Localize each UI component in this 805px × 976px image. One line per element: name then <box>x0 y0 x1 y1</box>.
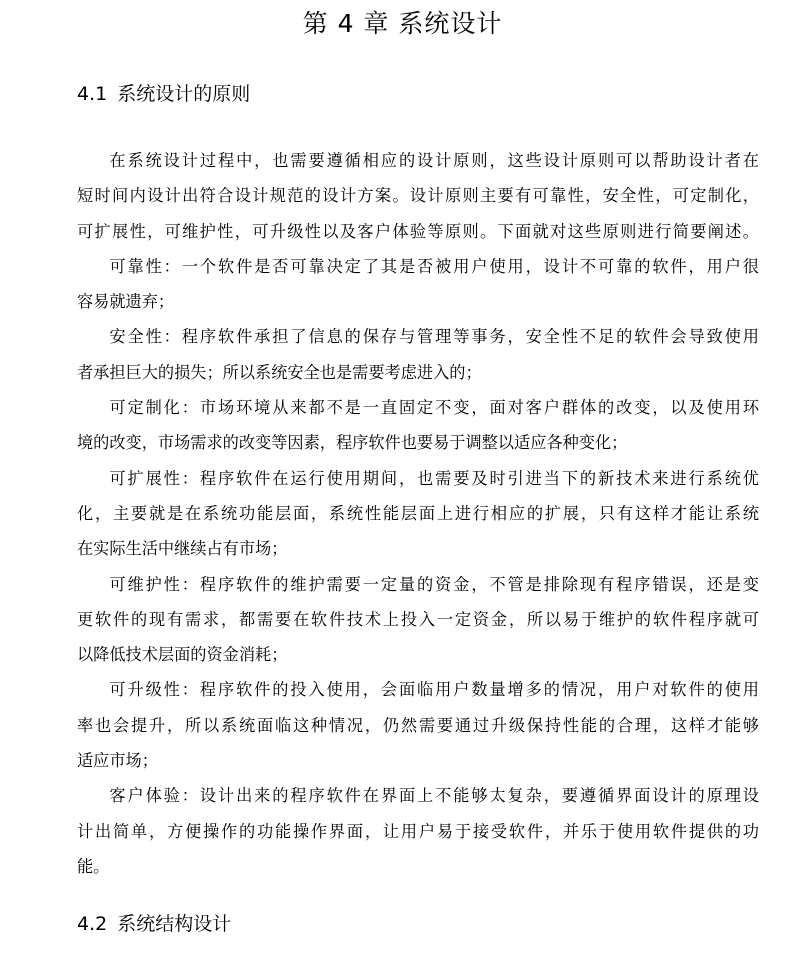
text-line: 适应市场； <box>77 743 759 778</box>
text-line: 境的改变，市场需求的改变等因素，程序软件也要易于调整以适应各种变化； <box>77 425 759 460</box>
text-line: 可维护性：程序软件的维护需要一定量的资金，不管是排除现有程序错误，还是变 <box>77 567 759 602</box>
paragraph-customizability: 可定制化：市场环境从来都不是一直固定不变，面对客户群体的改变，以及使用环 境的改… <box>77 390 759 461</box>
text-line: 在系统设计过程中，也需要遵循相应的设计原则，这些设计原则可以帮助设计者在 <box>77 143 759 178</box>
section-number: 4.2 <box>77 913 107 935</box>
text-line: 化，主要就是在系统功能层面，系统性能层面上进行相应的扩展，只有这样才能让系统 <box>77 496 759 531</box>
section-number: 4.1 <box>77 83 107 105</box>
section-title-text: 系统结构设计 <box>117 913 231 935</box>
text-line: 可靠性：一个软件是否可靠决定了其是否被用户使用，设计不可靠的软件，用户很 <box>77 249 759 284</box>
paragraph-user-experience: 客户体验：设计出来的程序软件在界面上不能够太复杂，要遵循界面设计的原理设 计出简… <box>77 778 759 884</box>
text-line: 更软件的现有需求，都需要在软件技术上投入一定资金，所以易于维护的软件程序就可 <box>77 602 759 637</box>
text-line: 可扩展性：程序软件在运行使用期间，也需要及时引进当下的新技术来进行系统优 <box>77 461 759 496</box>
text-line: 能。 <box>77 849 759 884</box>
text-line: 率也会提升，所以系统面临这种情况，仍然需要通过升级保持性能的合理，这样才能够 <box>77 708 759 743</box>
paragraph-intro: 在系统设计过程中，也需要遵循相应的设计原则，这些设计原则可以帮助设计者在 短时间… <box>77 143 759 249</box>
text-line: 可扩展性，可维护性，可升级性以及客户体验等原则。下面就对这些原则进行简要阐述。 <box>77 214 759 249</box>
text-line: 客户体验：设计出来的程序软件在界面上不能够太复杂，要遵循界面设计的原理设 <box>77 778 759 813</box>
paragraph-upgradability: 可升级性：程序软件的投入使用，会面临用户数量增多的情况，用户对软件的使用 率也会… <box>77 672 759 778</box>
section-title-text: 系统设计的原则 <box>117 83 250 105</box>
text-line: 短时间内设计出符合设计规范的设计方案。设计原则主要有可靠性，安全性，可定制化， <box>77 178 759 213</box>
section-heading-4-2: 4.2系统结构设计 <box>77 910 231 938</box>
text-line: 可定制化：市场环境从来都不是一直固定不变，面对客户群体的改变，以及使用环 <box>77 390 759 425</box>
paragraph-extensibility: 可扩展性：程序软件在运行使用期间，也需要及时引进当下的新技术来进行系统优 化，主… <box>77 461 759 567</box>
text-line: 者承担巨大的损失；所以系统安全也是需要考虑进入的； <box>77 355 759 390</box>
section-heading-4-1: 4.1系统设计的原则 <box>77 80 250 108</box>
text-line: 在实际生活中继续占有市场； <box>77 531 759 566</box>
paragraph-security: 安全性：程序软件承担了信息的保存与管理等事务，安全性不足的软件会导致使用 者承担… <box>77 319 759 390</box>
text-line: 可升级性：程序软件的投入使用，会面临用户数量增多的情况，用户对软件的使用 <box>77 672 759 707</box>
text-line: 安全性：程序软件承担了信息的保存与管理等事务，安全性不足的软件会导致使用 <box>77 319 759 354</box>
section-body: 在系统设计过程中，也需要遵循相应的设计原则，这些设计原则可以帮助设计者在 短时间… <box>77 143 759 884</box>
document-page: 第 4 章 系统设计 4.1系统设计的原则 在系统设计过程中，也需要遵循相应的设… <box>0 0 805 976</box>
text-line: 以降低技术层面的资金消耗； <box>77 637 759 672</box>
paragraph-maintainability: 可维护性：程序软件的维护需要一定量的资金，不管是排除现有程序错误，还是变 更软件… <box>77 567 759 673</box>
chapter-title: 第 4 章 系统设计 <box>0 6 805 42</box>
paragraph-reliability: 可靠性：一个软件是否可靠决定了其是否被用户使用，设计不可靠的软件，用户很 容易就… <box>77 249 759 320</box>
text-line: 容易就遗弃； <box>77 284 759 319</box>
text-line: 计出简单，方便操作的功能操作界面，让用户易于接受软件，并乐于使用软件提供的功 <box>77 814 759 849</box>
